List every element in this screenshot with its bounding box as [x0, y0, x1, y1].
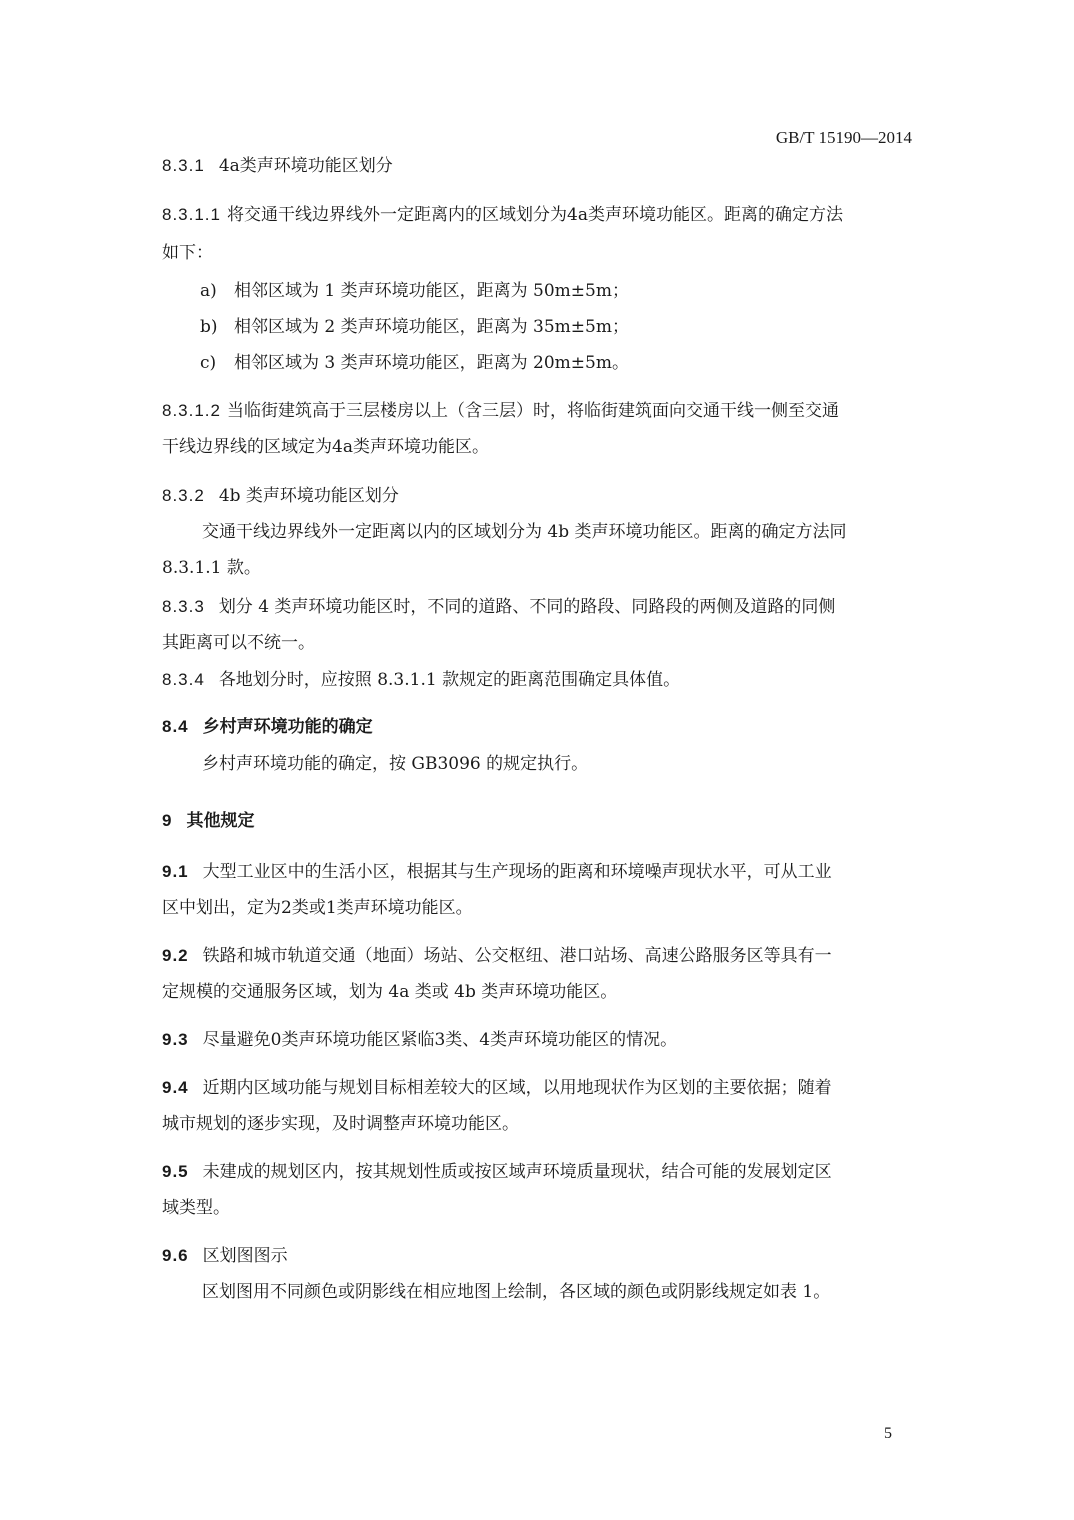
clause-9-3: 9.3尽量避免0类声环境功能区紧临3类、4类声环境功能区的情况。	[162, 1025, 677, 1050]
section-8-4-heading: 8.4乡村声环境功能的确定	[162, 712, 373, 737]
clause-text: 铁路和城市轨道交通（地面）场站、公交枢纽、港口站场、高速公路服务区等具有一	[203, 946, 832, 966]
list-item-b: b)相邻区域为 2 类声环境功能区，距离为 35m±5m；	[200, 312, 629, 337]
chapter-number: 9	[162, 811, 172, 830]
clause-8-3-1-1: 8.3.1.1将交通干线边界线外一定距离内的区域划分为4a类声环境功能区。距离的…	[162, 200, 843, 225]
clause-8-3-1-2-cont: 干线边界线的区域定为4a类声环境功能区。	[162, 432, 489, 457]
list-text: 相邻区域为 2 类声环境功能区，距离为 35m±5m；	[234, 317, 629, 337]
clause-8-3-2-heading: 8.3.24b 类声环境功能区划分	[162, 481, 399, 506]
clause-title: 4a类声环境功能区划分	[219, 156, 393, 176]
standard-code-header: GB/T 15190—2014	[776, 128, 912, 148]
clause-number: 9.2	[162, 946, 189, 965]
clause-9-1: 9.1大型工业区中的生活小区，根据其与生产现场的距离和环境噪声现状水平，可从工业	[162, 857, 832, 882]
clause-text: 尽量避免0类声环境功能区紧临3类、4类声环境功能区的情况。	[203, 1030, 677, 1050]
clause-8-3-3: 8.3.3划分 4 类声环境功能区时，不同的道路、不同的路段、同路段的两侧及道路…	[162, 592, 835, 617]
clause-9-5: 9.5未建成的规划区内，按其规划性质或按区域声环境质量现状，结合可能的发展划定区	[162, 1157, 832, 1182]
section-title: 乡村声环境功能的确定	[203, 717, 373, 737]
clause-number: 8.3.1	[162, 156, 205, 175]
clause-8-3-2-cont: 8.3.1.1 款。	[162, 553, 261, 578]
clause-9-6-text: 区划图用不同颜色或阴影线在相应地图上绘制，各区域的颜色或阴影线规定如表 1。	[202, 1277, 830, 1302]
clause-number: 8.3.1.1	[162, 205, 221, 224]
clause-number: 9.6	[162, 1246, 189, 1265]
clause-9-5-cont: 域类型。	[162, 1193, 230, 1218]
list-label: a)	[200, 281, 234, 301]
list-label: c)	[200, 353, 234, 373]
clause-9-2: 9.2铁路和城市轨道交通（地面）场站、公交枢纽、港口站场、高速公路服务区等具有一	[162, 941, 832, 966]
clause-8-3-1-1-cont: 如下：	[162, 238, 213, 263]
document-page: GB/T 15190—2014 8.3.14a类声环境功能区划分 8.3.1.1…	[0, 0, 1074, 1520]
clause-title: 4b 类声环境功能区划分	[219, 486, 399, 506]
list-item-a: a)相邻区域为 1 类声环境功能区，距离为 50m±5m；	[200, 276, 629, 301]
clause-8-3-3-cont: 其距离可以不统一。	[162, 628, 315, 653]
clause-8-3-4: 8.3.4各地划分时，应按照 8.3.1.1 款规定的距离范围确定具体值。	[162, 665, 680, 690]
page-number: 5	[884, 1425, 892, 1443]
clause-text: 将交通干线边界线外一定距离内的区域划分为4a类声环境功能区。距离的确定方法	[227, 205, 843, 225]
clause-number: 9.1	[162, 862, 189, 881]
clause-title: 区划图图示	[203, 1246, 288, 1266]
list-text: 相邻区域为 3 类声环境功能区，距离为 20m±5m。	[234, 353, 629, 373]
clause-text: 当临街建筑高于三层楼房以上（含三层）时，将临街建筑面向交通干线一侧至交通	[227, 401, 839, 421]
clause-text: 未建成的规划区内，按其规划性质或按区域声环境质量现状，结合可能的发展划定区	[203, 1162, 832, 1182]
section-8-4-text: 乡村声环境功能的确定，按 GB3096 的规定执行。	[202, 749, 588, 774]
chapter-9-heading: 9其他规定	[162, 806, 254, 831]
clause-8-3-1-heading: 8.3.14a类声环境功能区划分	[162, 151, 393, 176]
clause-number: 9.3	[162, 1030, 189, 1049]
clause-text: 大型工业区中的生活小区，根据其与生产现场的距离和环境噪声现状水平，可从工业	[203, 862, 832, 882]
section-number: 8.4	[162, 717, 189, 736]
clause-9-6-heading: 9.6区划图图示	[162, 1241, 288, 1266]
clause-number: 8.3.3	[162, 597, 205, 616]
chapter-title: 其他规定	[186, 811, 254, 831]
clause-number: 8.3.2	[162, 486, 205, 505]
clause-8-3-1-2: 8.3.1.2当临街建筑高于三层楼房以上（含三层）时，将临街建筑面向交通干线一侧…	[162, 396, 839, 421]
clause-text: 近期内区域功能与规划目标相差较大的区域，以用地现状作为区划的主要依据；随着	[203, 1078, 832, 1098]
clause-number: 9.5	[162, 1162, 189, 1181]
list-text: 相邻区域为 1 类声环境功能区，距离为 50m±5m；	[234, 281, 629, 301]
list-label: b)	[200, 317, 234, 337]
clause-number: 8.3.4	[162, 670, 205, 689]
clause-9-4-cont: 城市规划的逐步实现，及时调整声环境功能区。	[162, 1109, 519, 1134]
clause-9-1-cont: 区中划出，定为2类或1类声环境功能区。	[162, 893, 473, 918]
clause-text: 各地划分时，应按照 8.3.1.1 款规定的距离范围确定具体值。	[219, 670, 680, 690]
clause-9-4: 9.4近期内区域功能与规划目标相差较大的区域，以用地现状作为区划的主要依据；随着	[162, 1073, 832, 1098]
clause-number: 9.4	[162, 1078, 189, 1097]
clause-8-3-2-text: 交通干线边界线外一定距离以内的区域划分为 4b 类声环境功能区。距离的确定方法同	[202, 517, 847, 542]
clause-text: 划分 4 类声环境功能区时，不同的道路、不同的路段、同路段的两侧及道路的同侧	[219, 597, 836, 617]
list-item-c: c)相邻区域为 3 类声环境功能区，距离为 20m±5m。	[200, 348, 629, 373]
clause-number: 8.3.1.2	[162, 401, 221, 420]
clause-9-2-cont: 定规模的交通服务区域，划为 4a 类或 4b 类声环境功能区。	[162, 977, 617, 1002]
